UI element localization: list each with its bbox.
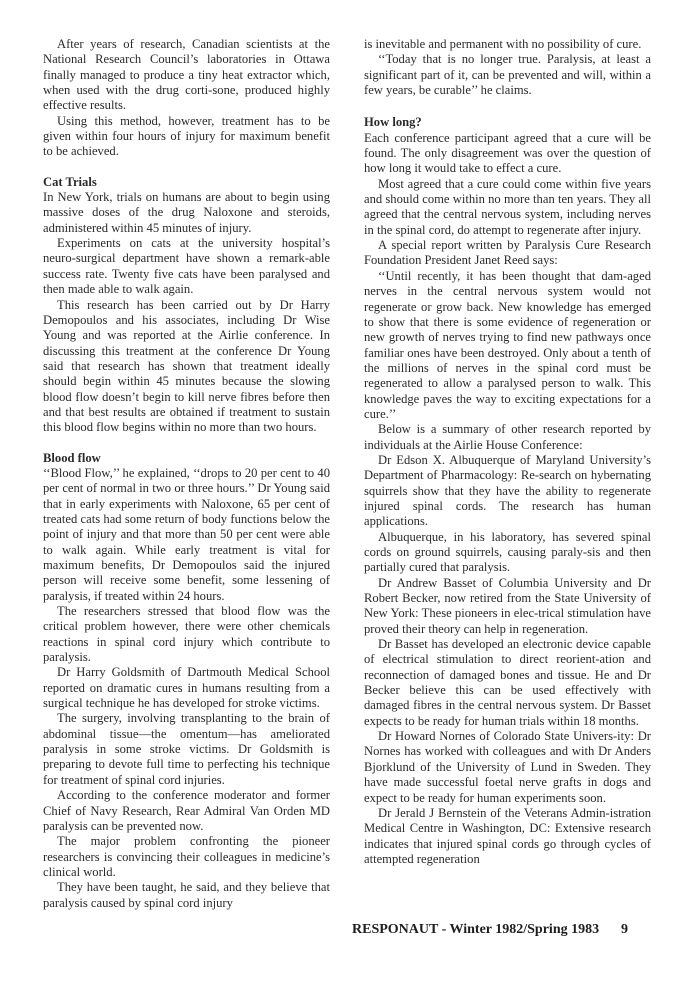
paragraph: is inevitable and permanent with no poss… (364, 37, 651, 52)
paragraph: Dr Howard Nornes of Colorado State Unive… (364, 729, 651, 806)
publication-title: RESPONAUT - Winter 1982/Spring 1983 (352, 922, 599, 938)
paragraph: After years of research, Canadian scient… (43, 37, 330, 114)
paragraph: A special report written by Paralysis Cu… (364, 238, 651, 269)
paragraph: Albuquerque, in his laboratory, has seve… (364, 530, 651, 576)
page-footer: RESPONAUT - Winter 1982/Spring 1983 9 (352, 922, 628, 938)
paragraph: Dr Andrew Basset of Columbia University … (364, 576, 651, 637)
paragraph: ‘‘Today that is no longer true. Paralysi… (364, 52, 651, 98)
left-column: After years of research, Canadian scient… (43, 37, 330, 911)
section-heading-how-long: How long? (364, 115, 651, 130)
paragraph: Each conference participant agreed that … (364, 131, 651, 177)
paragraph: In New York, trials on humans are about … (43, 190, 330, 236)
paragraph: They have been taught, he said, and they… (43, 880, 330, 911)
paragraph: The major problem confronting the pionee… (43, 834, 330, 880)
section-heading-cat-trials: Cat Trials (43, 175, 330, 190)
paragraph: Experiments on cats at the university ho… (43, 236, 330, 297)
paragraph: Using this method, however, treatment ha… (43, 114, 330, 160)
paragraph: Most agreed that a cure could come withi… (364, 177, 651, 238)
section-heading-blood-flow: Blood flow (43, 451, 330, 466)
paragraph: According to the conference moderator an… (43, 788, 330, 834)
paragraph: Dr Jerald J Bernstein of the Veterans Ad… (364, 806, 651, 867)
paragraph: The surgery, involving transplanting to … (43, 711, 330, 788)
right-column: is inevitable and permanent with no poss… (364, 37, 651, 867)
paragraph: ‘‘Blood Flow,’’ he explained, ‘‘drops to… (43, 466, 330, 604)
paragraph: This research has been carried out by Dr… (43, 298, 330, 436)
paragraph: Dr Basset has developed an electronic de… (364, 637, 651, 729)
paragraph: Dr Edson X. Albuquerque of Maryland Univ… (364, 453, 651, 530)
quote-paragraph: ‘‘Until recently, it has been thought th… (364, 269, 651, 422)
paragraph: The researchers stressed that blood flow… (43, 604, 330, 665)
paragraph: Dr Harry Goldsmith of Dartmouth Medical … (43, 665, 330, 711)
paragraph: Below is a summary of other research rep… (364, 422, 651, 453)
page-number: 9 (621, 922, 628, 938)
